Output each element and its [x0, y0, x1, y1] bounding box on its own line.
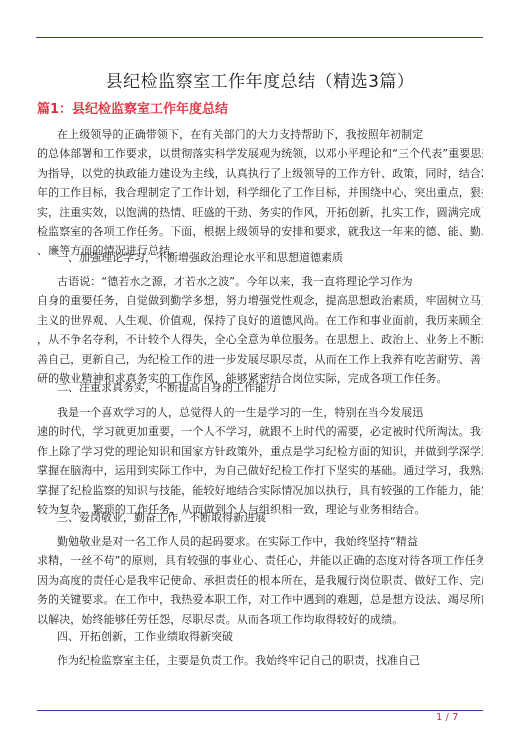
- document-title: 县纪检监察室工作年度总结（精选3篇）: [0, 67, 520, 92]
- text-line: 的总体部署和工作要求，以贯彻落实科学发展观为统领，以邓小平理论和“三个代表”重要…: [37, 144, 483, 163]
- text-line: 勤勉敬业是对一名工作人员的起码要求。在实际工作中，我始终坚持“精益: [37, 532, 483, 551]
- text-line: 检监察室的各项工作任务。下面，根据上级领导的安排和要求，就我这一年来的德、能、勤…: [37, 222, 483, 241]
- text-line: 掌握在脑海中，运用到实际工作中，为自己做好纪检工作打下坚实的基础。通过学习，我熟…: [37, 461, 483, 480]
- text-line: 实，注重实效，以饱满的热情、旺盛的干劲、务实的作风，开拓创新，扎实工作，圆满完成…: [37, 203, 483, 222]
- paragraph-final-line: 作为纪检监察室主任，主要是负责工作。我始终牢记自己的职责，找准自己: [57, 652, 420, 668]
- text-line: 为指导，以党的执政能力建设为主线，认真执行了上级领导的工作方针、政策，同时，结合…: [37, 164, 483, 183]
- text-line: 求精，一丝不苟”的原则，具有较强的事业心、责任心，并能以正确的态度对待各项工作任…: [37, 551, 483, 570]
- header-rule: [36, 37, 483, 38]
- paragraph-dedication: 勤勉敬业是对一名工作人员的起码要求。在实际工作中，我始终坚持“精益 求精，一丝不…: [37, 532, 483, 629]
- text-line: 年的工作目标，我合理制定了工作计划，科学细化了工作目标，并围绕中心，突出重点，狠…: [37, 183, 483, 202]
- subheading-1: 一、加强理论学习，不断增强政治理论水平和思想道德素质: [57, 249, 343, 265]
- section-title: 篇1：县纪检监察室工作年度总结: [37, 98, 228, 117]
- text-line: 我是一个喜欢学习的人，总觉得人的一生是学习的一生，特别在当今发展迅: [37, 403, 483, 422]
- text-line: 自身的重要任务，自觉做到勤学多想，努力增强党性观念，提高思想政治素质，牢固树立马…: [37, 291, 483, 310]
- footer-rule: [37, 710, 483, 711]
- page-indicator: 1 / 7: [436, 712, 458, 723]
- paragraph-learning: 我是一个喜欢学习的人，总觉得人的一生是学习的一生，特别在当今发展迅 速的时代，学…: [37, 403, 483, 519]
- text-line: 善自己，更新自己，为纪检工作的进一步发展尽职尽责，从而在工作上我养有吃苦耐劳、善…: [37, 350, 483, 369]
- text-line: 因为高度的责任心是我牢记使命、承担责任的根本所在，是我履行岗位职责、做好工作、完…: [37, 571, 483, 590]
- text-line: 掌握了纪检监察的知识与技能，能较好地结合实际情况加以执行，具有较强的工作能力，能…: [37, 481, 483, 500]
- subheading-4: 四、开拓创新，工作业绩取得新突破: [57, 628, 233, 644]
- subheading-3: 三、爱岗敬业，勤奋工作，不断取得新进展: [57, 509, 266, 525]
- text-line: 古语说：“德若水之源，才若水之波”。今年以来，我一直将理论学习作为: [37, 272, 483, 291]
- text-line: 务的关键要求。在工作中，我热爱本职工作，对工作中遇到的难题，总是想方设法、竭尽所…: [37, 590, 483, 609]
- text-line: 以解决，始终能够任劳任怨，尽职尽责。从而各项工作均取得较好的成绩。: [37, 610, 483, 629]
- subheading-2: 二、注重求真务实，不断提高自身的工作能力: [57, 379, 277, 395]
- text-line: 作上除了学习党的理论知识和国家方针政策外，重点是学习纪检方面的知识，并做到学深学…: [37, 442, 483, 461]
- text-line: ，从不争名夺利，不计较个人得失，全心全意为单位服务。在思想上、政治上、业务上不断…: [37, 330, 483, 349]
- text-line: 在上级领导的正确带领下，在有关部门的大力支持帮助下，我按照年初制定: [37, 125, 483, 144]
- paragraph-intro: 在上级领导的正确带领下，在有关部门的大力支持帮助下，我按照年初制定 的总体部署和…: [37, 125, 483, 261]
- paragraph-theory: 古语说：“德若水之源，才若水之波”。今年以来，我一直将理论学习作为 自身的重要任…: [37, 272, 483, 388]
- text-line: 主义的世界观、人生观、价值观，保持了良好的道德风尚。在工作和事业面前，我历来顾全…: [37, 311, 483, 330]
- text-line: 速的时代，学习就更加重要，一个人不学习，就跟不上时代的需要，必定被时代所淘汰。我…: [37, 422, 483, 441]
